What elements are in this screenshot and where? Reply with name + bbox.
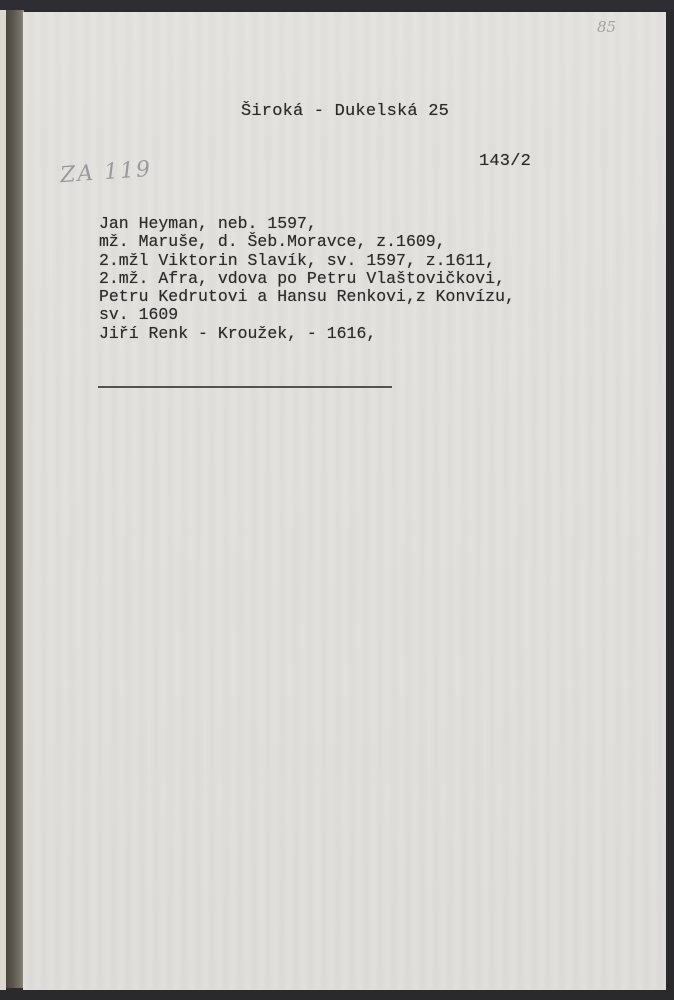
body-line: Petru Kedrutovi a Hansu Renkovi,z Konvíz…: [99, 288, 515, 306]
card-body-text: Jan Heyman, neb. 1597, mž. Maruše, d. Še…: [99, 215, 515, 343]
body-line: 2.mžl Viktorin Slavík, sv. 1597, z.1611,: [99, 252, 515, 270]
scan-top-border: [0, 0, 674, 10]
scan-bottom-border: [0, 990, 674, 1000]
reference-number: 143/2: [479, 153, 531, 171]
card-binding-shadow: [6, 10, 24, 988]
body-line: Jiří Renk - Kroužek, - 1616,: [99, 325, 515, 343]
scan-right-border: [666, 10, 674, 1000]
body-line: Jan Heyman, neb. 1597,: [99, 215, 515, 233]
body-line: sv. 1609: [99, 306, 515, 324]
card-heading-address: Široká - Dukelská 25: [241, 103, 449, 121]
corner-page-annotation: 85: [597, 18, 616, 36]
body-line: mž. Maruše, d. Šeb.Moravce, z.1609,: [99, 233, 515, 251]
body-line: 2.mž. Afra, vdova po Petru Vlaštovičkovi…: [99, 270, 515, 288]
typed-underline-divider: [98, 386, 392, 388]
